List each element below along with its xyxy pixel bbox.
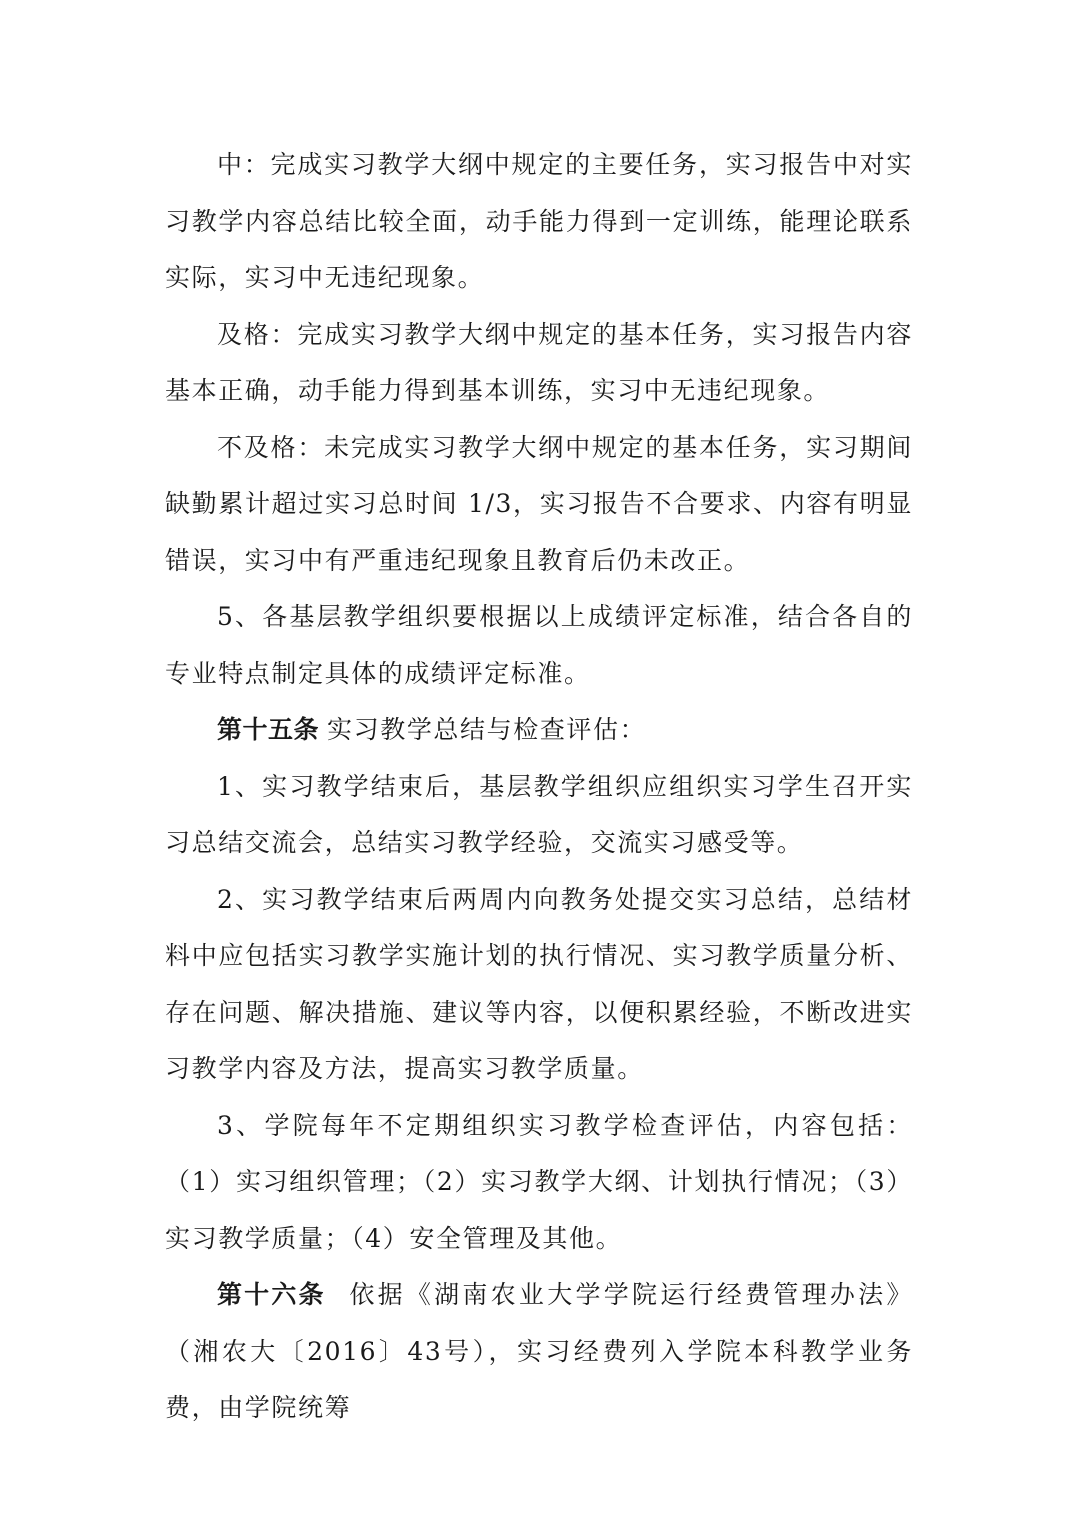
paragraph-text: 2、实习教学结束后两周内向教务处提交实习总结，总结材料中应包括实习教学实施计划的…	[165, 885, 913, 1084]
paragraph-article-15-item-1: 1、实习教学结束后，基层教学组织应组织实习学生召开实习总结交流会，总结实习教学经…	[165, 759, 913, 872]
paragraph-article-15-item-3: 3、学院每年不定期组织实习教学检查评估，内容包括：（1）实习组织管理；（2）实习…	[165, 1098, 913, 1268]
paragraph-item-5: 5、各基层教学组织要根据以上成绩评定标准，结合各自的专业特点制定具体的成绩评定标…	[165, 589, 913, 702]
paragraph-text: 3、学院每年不定期组织实习教学检查评估，内容包括：（1）实习组织管理；（2）实习…	[165, 1111, 913, 1253]
paragraph-grade-medium: 中：完成实习教学大纲中规定的主要任务，实习报告中对实习教学内容总结比较全面，动手…	[165, 137, 913, 307]
paragraph-grade-pass: 及格：完成实习教学大纲中规定的基本任务，实习报告内容基本正确，动手能力得到基本训…	[165, 307, 913, 420]
article-heading: 第十六条	[217, 1280, 326, 1309]
paragraph-text: 中：完成实习教学大纲中规定的主要任务，实习报告中对实习教学内容总结比较全面，动手…	[165, 150, 913, 292]
article-16-paragraph: 第十六条依据《湖南农业大学学院运行经费管理办法》（湘农大〔2016〕43号），实…	[165, 1267, 913, 1437]
paragraph-grade-fail: 不及格：未完成实习教学大纲中规定的基本任务，实习期间缺勤累计超过实习总时间 1/…	[165, 420, 913, 590]
article-15-heading-paragraph: 第十五条实习教学总结与检查评估：	[165, 702, 913, 759]
paragraph-text: 实习教学总结与检查评估：	[327, 715, 646, 744]
paragraph-text: 1、实习教学结束后，基层教学组织应组织实习学生召开实习总结交流会，总结实习教学经…	[165, 772, 913, 858]
article-heading: 第十五条	[217, 715, 319, 744]
paragraph-text: 及格：完成实习教学大纲中规定的基本任务，实习报告内容基本正确，动手能力得到基本训…	[165, 320, 913, 406]
paragraph-text: 5、各基层教学组织要根据以上成绩评定标准，结合各自的专业特点制定具体的成绩评定标…	[165, 602, 913, 688]
paragraph-text: 不及格：未完成实习教学大纲中规定的基本任务，实习期间缺勤累计超过实习总时间 1/…	[165, 433, 913, 575]
document-page: 中：完成实习教学大纲中规定的主要任务，实习报告中对实习教学内容总结比较全面，动手…	[165, 137, 913, 1437]
paragraph-article-15-item-2: 2、实习教学结束后两周内向教务处提交实习总结，总结材料中应包括实习教学实施计划的…	[165, 872, 913, 1098]
